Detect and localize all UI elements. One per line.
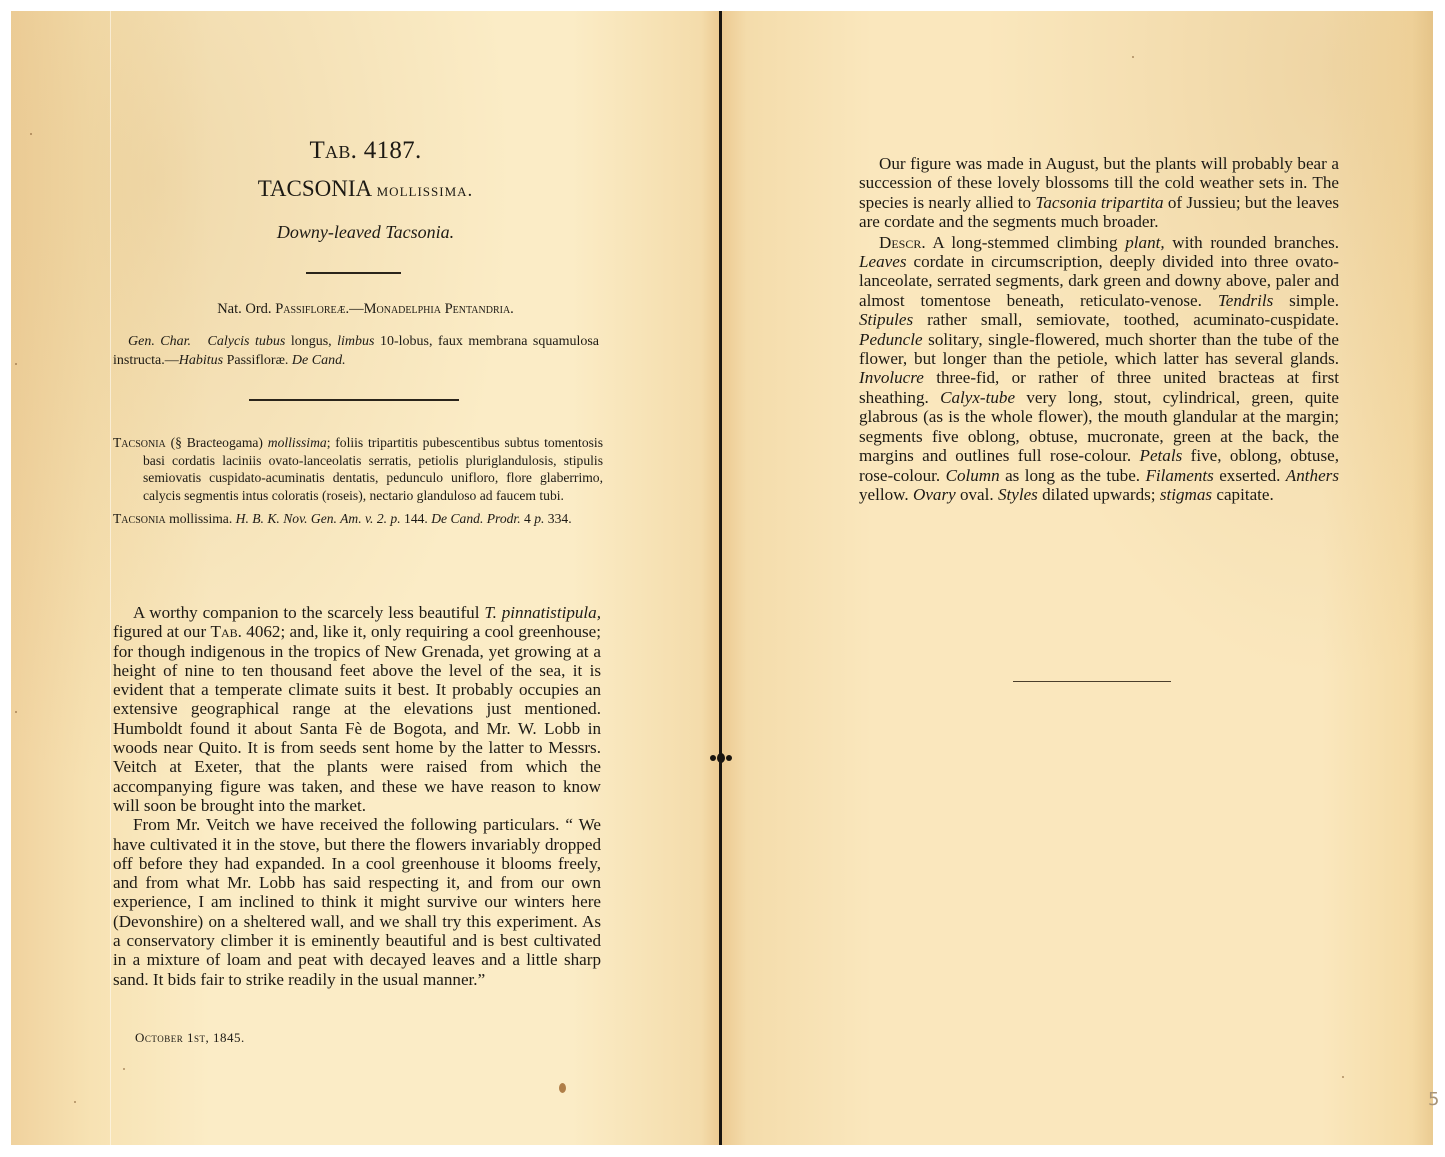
- text-run: exserted.: [1214, 466, 1286, 485]
- reference-decandolle: De Cand. Prodr.: [431, 511, 520, 526]
- text-run: as long as the tube.: [1000, 466, 1146, 485]
- gen-char-text: De Cand.: [292, 353, 346, 368]
- nat-ord-linnaean-class: Monadelphia Pentandria.: [364, 301, 514, 317]
- synonym-genus: Tacsonia: [113, 511, 166, 526]
- reference-page: 144.: [401, 511, 432, 526]
- gen-char-label: Gen. Char.: [128, 334, 191, 349]
- species-title: TACSONIA mollissima.: [11, 176, 720, 202]
- speck: [1342, 1076, 1344, 1078]
- text-run: plant,: [1125, 233, 1164, 252]
- body-paragraph-1: A worthy companion to the scarcely less …: [113, 603, 601, 815]
- text-run: capitate.: [1212, 485, 1274, 504]
- left-body-text: A worthy companion to the scarcely less …: [113, 603, 601, 989]
- gen-char-text: Habitus: [179, 353, 223, 368]
- text-run: Tab.: [211, 622, 242, 641]
- left-page: Tab. 4187. TACSONIA mollissima. Downy-le…: [11, 11, 720, 1145]
- speck: [123, 1068, 125, 1070]
- text-run: Involucre: [859, 368, 924, 387]
- text-run: Peduncle: [859, 330, 923, 349]
- text-run: Calyx-tube: [940, 388, 1015, 407]
- text-run: oval.: [956, 485, 998, 504]
- text-run: Column: [946, 466, 1000, 485]
- gen-char-text: Passifloræ.: [223, 353, 292, 368]
- synonymy-paragraph: Tacsonia mollissima. H. B. K. Nov. Gen. …: [113, 510, 603, 528]
- pencil-page-mark: 5: [1428, 1089, 1439, 1110]
- gen-char-text: Calycis tubus: [208, 334, 286, 349]
- book-spread: Tab. 4187. TACSONIA mollissima. Downy-le…: [11, 11, 1433, 1145]
- body-paragraph-3: Our figure was made in August, but the p…: [859, 154, 1339, 232]
- text-run: Stipules: [859, 310, 913, 329]
- gen-char-text: limbus: [337, 334, 374, 349]
- species-name: mollissima.: [377, 180, 474, 201]
- speck: [15, 363, 17, 365]
- reference-page: 334.: [544, 511, 571, 526]
- generic-character: Gen. Char. Calycis tubus longus, limbus …: [113, 332, 599, 370]
- text-run: rather small, semiovate, toothed, acumin…: [913, 310, 1339, 329]
- publication-date: October 1st, 1845.: [135, 1030, 245, 1046]
- diagnosis-genus: Tacsonia: [113, 435, 166, 450]
- text-run: A worthy companion to the scarcely less …: [133, 603, 484, 622]
- speck: [30, 133, 32, 135]
- tab-label: Tab.: [309, 137, 357, 164]
- text-run: Tendrils: [1218, 291, 1273, 310]
- synonym-name: mollissima.: [166, 511, 236, 526]
- natural-order-line: Nat. Ord. Passifloreæ.—Monadelphia Penta…: [11, 301, 720, 318]
- body-paragraph-2: From Mr. Veitch we have received the fol…: [113, 815, 601, 989]
- latin-diagnosis: Tacsonia (§ Bracteogama) mollissima; fol…: [113, 434, 603, 534]
- speck: [1132, 56, 1134, 58]
- text-run: solitary, single-flowered, much shorter …: [859, 330, 1339, 368]
- binding-ornament-icon: [710, 753, 732, 763]
- nat-ord-dash: —: [349, 301, 364, 317]
- divider-rule: [306, 272, 401, 274]
- text-run: Styles: [998, 485, 1038, 504]
- text-run: yellow.: [859, 485, 913, 504]
- genus-name: TACSONIA: [258, 176, 371, 201]
- common-name: Downy-leaved Tacsonia.: [11, 222, 720, 243]
- text-run: stigmas: [1160, 485, 1212, 504]
- text-run: T. pinnatistipula,: [484, 603, 601, 622]
- text-run: figured at our: [113, 622, 211, 641]
- gen-char-text: longus,: [285, 334, 337, 349]
- tab-number: 4187.: [364, 137, 422, 164]
- text-run: simple.: [1273, 291, 1339, 310]
- reference-p: p.: [534, 511, 544, 526]
- right-page: Our figure was made in August, but the p…: [722, 11, 1433, 1145]
- text-run: dilated upwards;: [1038, 485, 1160, 504]
- book-gutter: [719, 11, 722, 1145]
- divider-rule: [249, 399, 459, 401]
- text-run: 4062; and, like it, only requiring a coo…: [113, 622, 601, 815]
- description-paragraph: Descr. A long-stemmed climbing plant, wi…: [859, 233, 1339, 505]
- text-run: Filaments: [1145, 466, 1213, 485]
- diagnosis-section: (§ Bracteogama): [166, 435, 268, 450]
- plate-number-heading: Tab. 4187.: [11, 137, 720, 165]
- diagnosis-paragraph: Tacsonia (§ Bracteogama) mollissima; fol…: [113, 434, 603, 504]
- text-run: with rounded branches.: [1165, 233, 1339, 252]
- diagnosis-species: mollissima: [268, 435, 327, 450]
- text-run: Petals: [1140, 446, 1183, 465]
- reference-hbk: H. B. K. Nov. Gen. Am. v. 2. p.: [236, 511, 401, 526]
- speck: [15, 711, 17, 713]
- divider-rule: [1013, 681, 1171, 682]
- text-run: Leaves: [859, 252, 906, 271]
- nat-ord-prefix: Nat. Ord.: [217, 301, 271, 317]
- right-body-text: Our figure was made in August, but the p…: [859, 154, 1339, 505]
- descr-label: Descr.: [879, 233, 926, 252]
- text-run: Ovary: [913, 485, 956, 504]
- foxing-stain: [559, 1083, 566, 1093]
- text-run: Anthers: [1286, 466, 1339, 485]
- reference-volume: 4: [521, 511, 535, 526]
- speck: [74, 1101, 76, 1103]
- text-run: A long-stemmed climbing: [926, 233, 1126, 252]
- text-run: Tacsonia tripartita: [1035, 193, 1163, 212]
- nat-ord-order: Passifloreæ.: [275, 301, 349, 317]
